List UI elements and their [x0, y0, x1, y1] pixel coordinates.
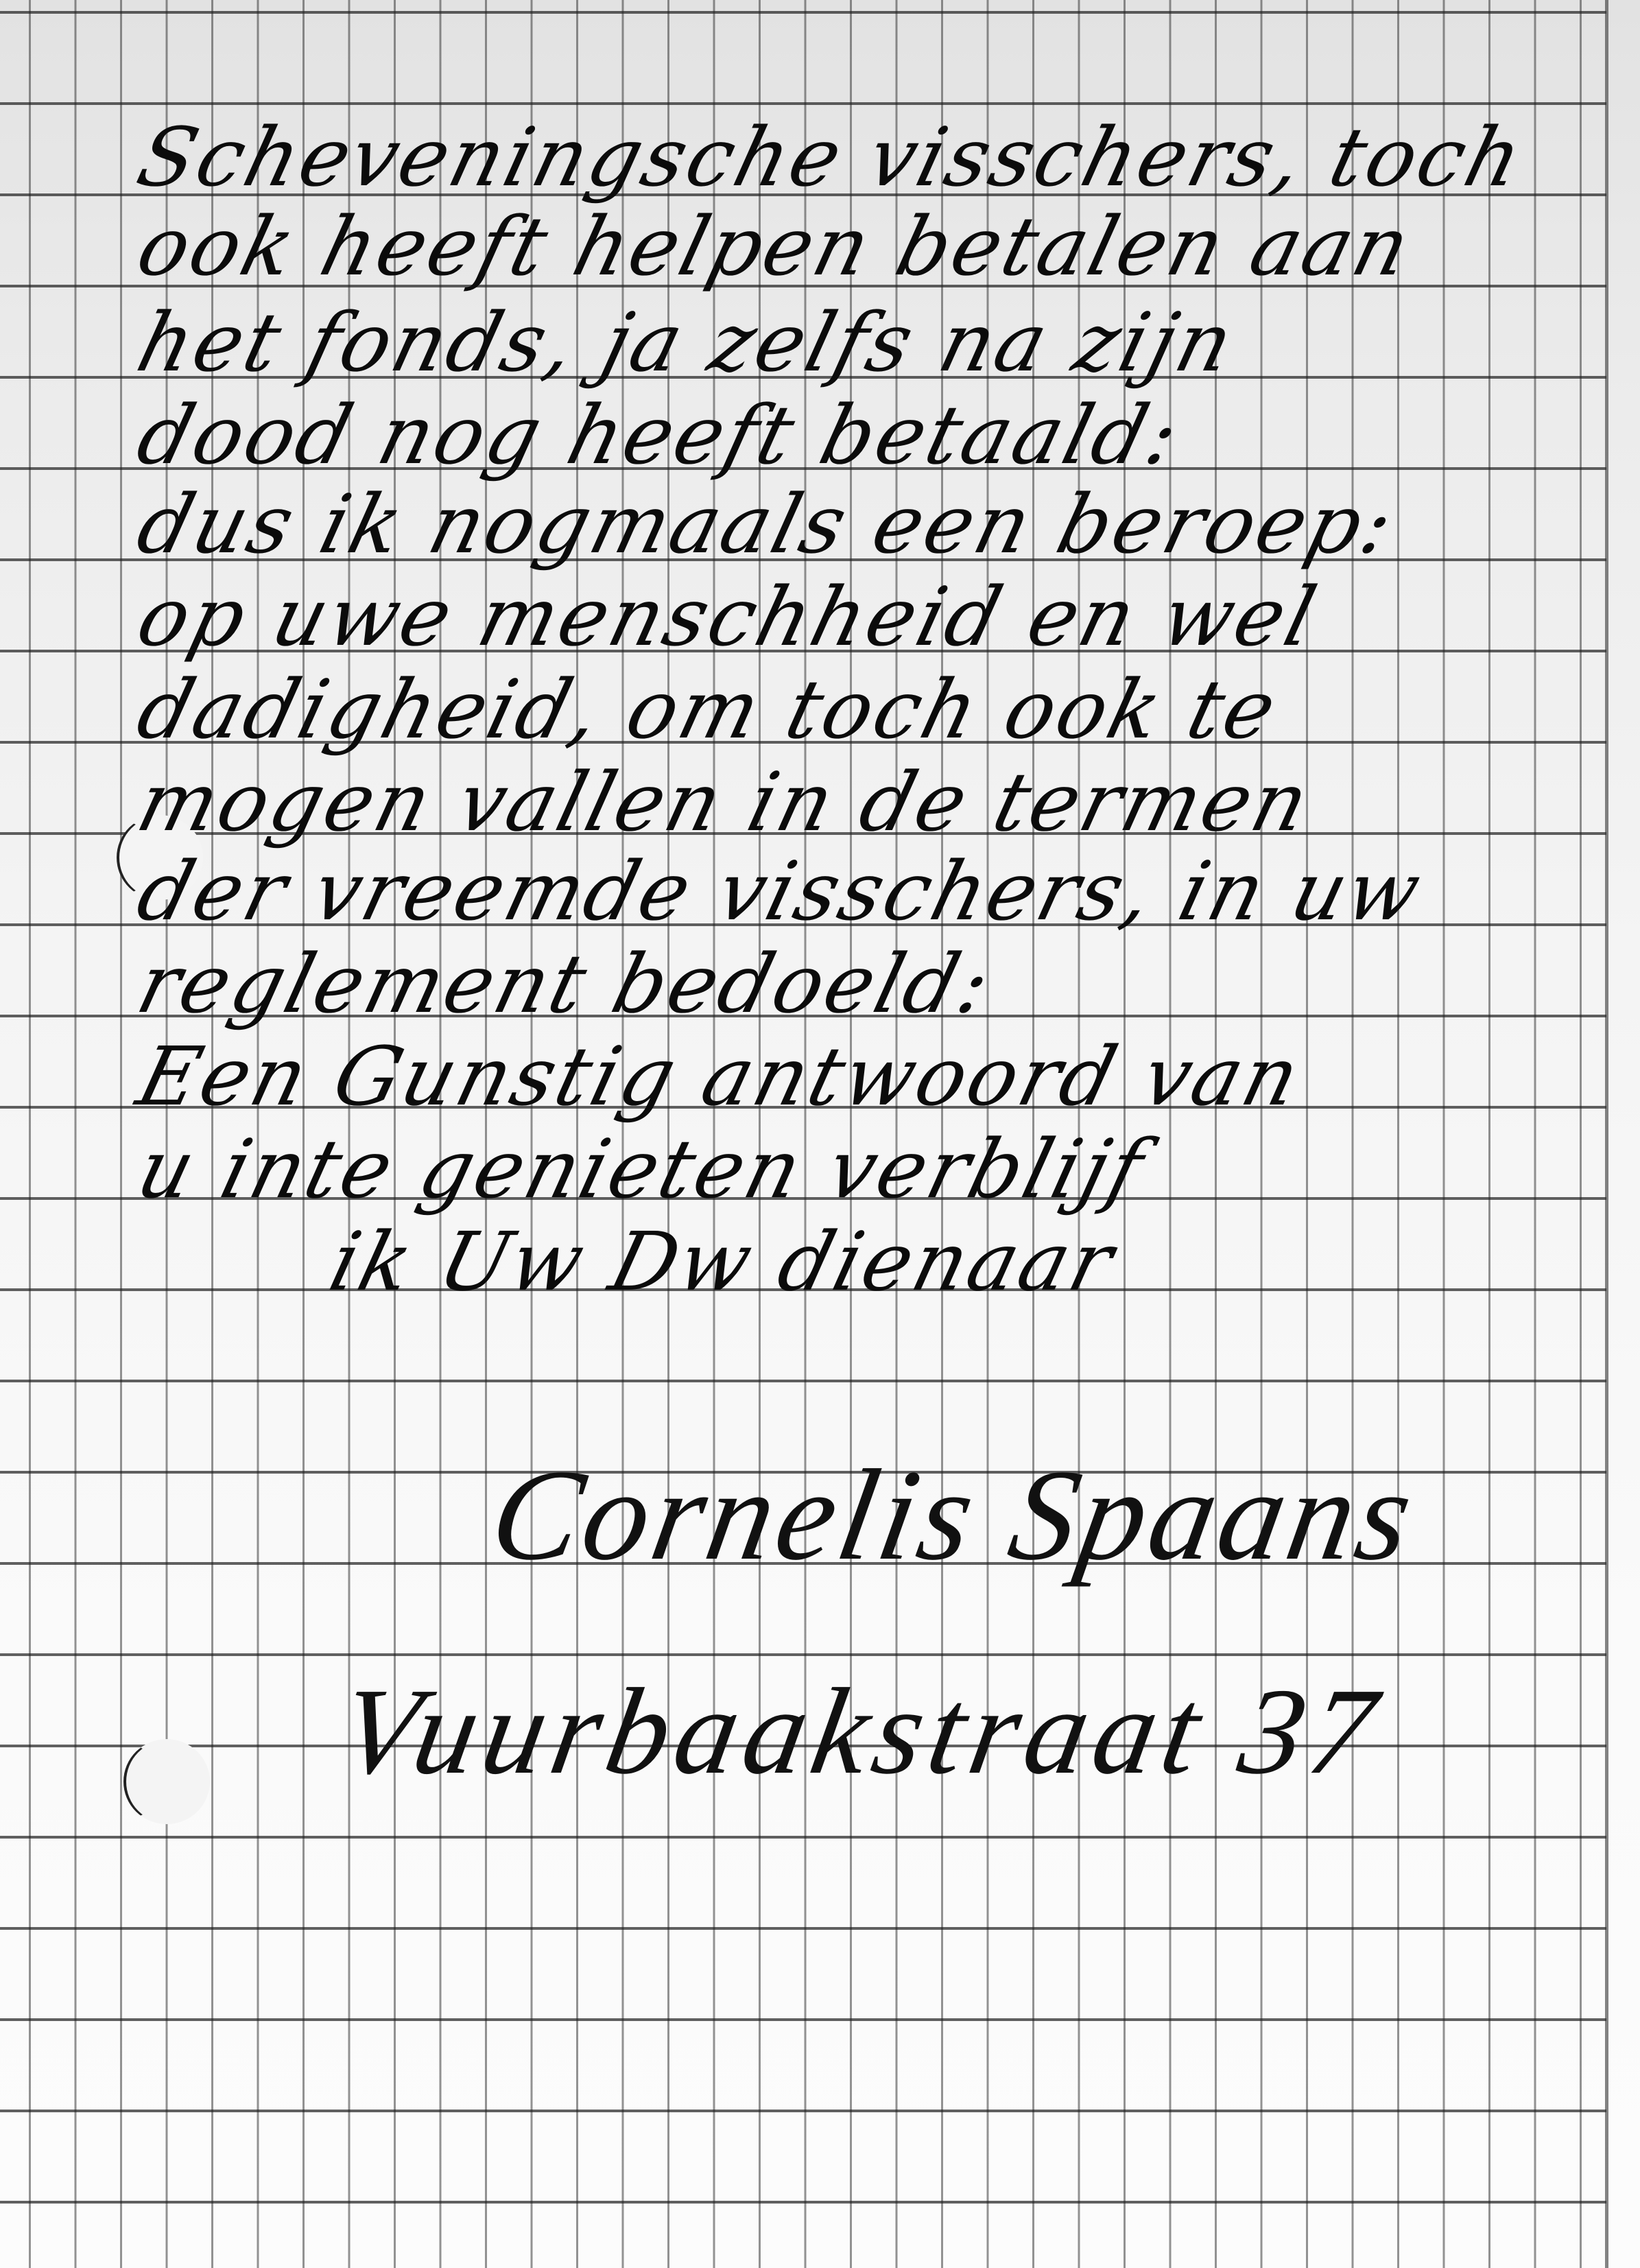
letter-line: dus ik nogmaals een beroep: [130, 484, 1403, 565]
letter-line: ook heeft helpen betalen aan [130, 206, 1420, 287]
letter-line: reglement bedoeld: [130, 943, 1000, 1024]
signature: Cornelis Spaans [481, 1441, 1427, 1590]
letter-page: Scheveningsche visschers, toch ook heeft… [0, 0, 1640, 2268]
letter-line: Een Gunstig antwoord van [130, 1036, 1309, 1117]
letter-line: dadigheid, om toch ook te [130, 669, 1286, 750]
letter-line: mogen vallen in de termen [130, 761, 1319, 842]
letter-line: der vreemde visschers, in uw [130, 851, 1431, 932]
closing-line: ik Uw Dw dienaar [322, 1221, 1123, 1302]
right-margin-line [1605, 0, 1608, 2268]
letter-line: u inte genieten verblijf [130, 1129, 1153, 1209]
letter-line: Scheveningsche visschers, toch [130, 117, 1532, 198]
letter-line: het fonds, ja zelfs na zijn [130, 302, 1243, 383]
sender-address: Vuurbaakstraat 37 [331, 1660, 1392, 1802]
letter-line: dood nog heeft betaald: [130, 394, 1189, 475]
hole-punch-mark [123, 1739, 210, 1824]
letter-line: op uwe menschheid en wel [130, 576, 1326, 657]
